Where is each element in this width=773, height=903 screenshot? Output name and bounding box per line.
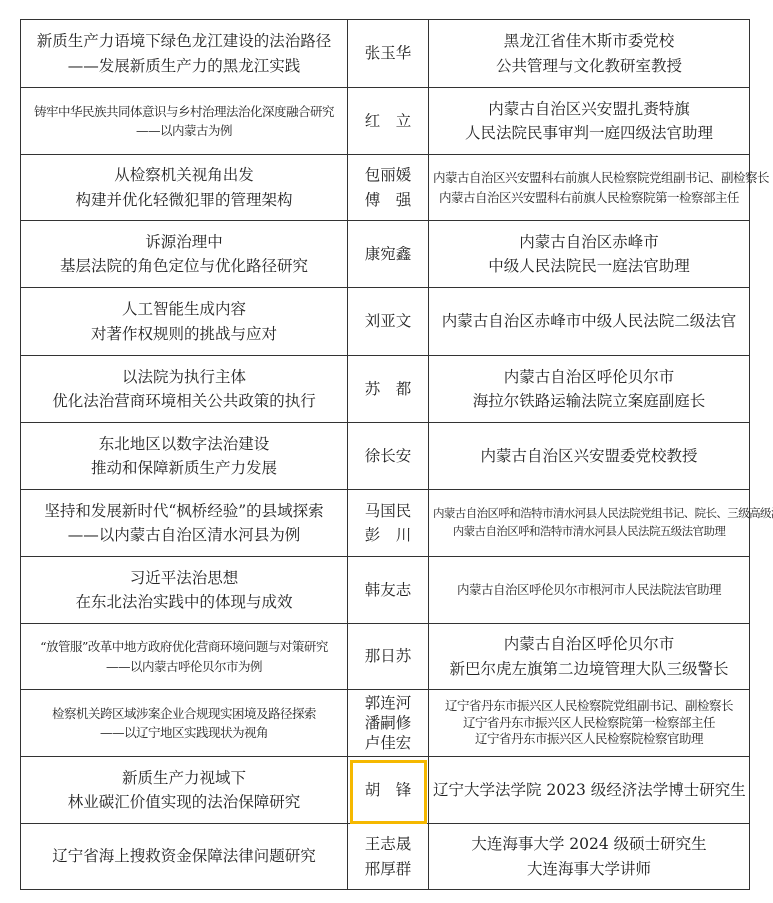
table-row: 新质生产力语境下绿色龙江建设的法治路径——发展新质生产力的黑龙江实践张玉华黑龙江… — [21, 20, 750, 88]
author-cell: 刘亚文 — [348, 288, 429, 356]
paper-title-cell-line: 优化法治营商环境相关公共政策的执行 — [25, 389, 343, 413]
affiliation-cell-line: 内蒙古自治区呼伦贝尔市 — [433, 632, 745, 656]
affiliation-cell: 内蒙古自治区兴安盟扎赉特旗人民法院民事审判一庭四级法官助理 — [429, 88, 750, 155]
affiliation-cell-line: 大连海事大学讲师 — [433, 857, 745, 881]
paper-title-cell: 铸牢中华民族共同体意识与乡村治理法治化深度融合研究——以内蒙古为例 — [21, 88, 348, 155]
table-row: 以法院为执行主体优化法治营商环境相关公共政策的执行苏 都内蒙古自治区呼伦贝尔市海… — [21, 356, 750, 423]
paper-title-cell-line: 铸牢中华民族共同体意识与乡村治理法治化深度融合研究 — [25, 102, 343, 121]
paper-title-cell: 习近平法治思想在东北法治实践中的体现与成效 — [21, 557, 348, 624]
paper-title-cell-line: 新质生产力视域下 — [25, 766, 343, 790]
affiliation-cell-line: 内蒙古自治区呼伦贝尔市根河市人民法院法官助理 — [433, 580, 745, 599]
paper-title-cell: 坚持和发展新时代“枫桥经验”的县域探索——以内蒙古自治区清水河县为例 — [21, 490, 348, 557]
author-cell-line: 傅 强 — [352, 188, 424, 212]
author-cell: 那日苏 — [348, 624, 429, 690]
author-cell: 红 立 — [348, 88, 429, 155]
affiliation-cell-line: 辽宁省丹东市振兴区人民检察院检察官助理 — [433, 731, 745, 748]
paper-title-cell: 从检察机关视角出发构建并优化轻微犯罪的管理架构 — [21, 155, 348, 221]
paper-title-cell-line: ——以辽宁地区实践现状为视角 — [25, 723, 343, 742]
author-cell: 徐长安 — [348, 423, 429, 490]
affiliation-cell-line: 海拉尔铁路运输法院立案庭副庭长 — [433, 389, 745, 413]
affiliation-cell: 辽宁大学法学院 2023 级经济法学博士研究生 — [429, 757, 750, 824]
paper-title-cell: 诉源治理中基层法院的角色定位与优化路径研究 — [21, 221, 348, 288]
paper-title-cell-line: 新质生产力语境下绿色龙江建设的法治路径 — [25, 29, 343, 53]
author-cell-line: 潘嗣修 — [352, 713, 424, 733]
paper-title-cell-line: 构建并优化轻微犯罪的管理架构 — [25, 188, 343, 212]
paper-title-cell-line: 在东北法治实践中的体现与成效 — [25, 590, 343, 614]
author-cell-line: 苏 都 — [352, 377, 424, 401]
affiliation-cell: 内蒙古自治区赤峰市中级人民法院二级法官 — [429, 288, 750, 356]
affiliation-cell-line: 内蒙古自治区兴安盟科右前旗人民检察院第一检察部主任 — [433, 188, 745, 207]
author-cell: 苏 都 — [348, 356, 429, 423]
affiliation-cell: 内蒙古自治区呼伦贝尔市海拉尔铁路运输法院立案庭副庭长 — [429, 356, 750, 423]
author-cell: 康宛鑫 — [348, 221, 429, 288]
paper-title-cell: 检察机关跨区域涉案企业合规现实困境及路径探索——以辽宁地区实践现状为视角 — [21, 690, 348, 757]
table-row: 辽宁省海上搜救资金保障法律问题研究王志晟邢厚群大连海事大学 2024 级硕士研究… — [21, 824, 750, 890]
author-cell-line: 韩友志 — [352, 578, 424, 602]
author-cell-line: 卢佳宏 — [352, 733, 424, 753]
paper-title-cell-line: ——以内蒙古自治区清水河县为例 — [25, 523, 343, 547]
paper-title-cell-line: 人工智能生成内容 — [25, 297, 343, 321]
affiliation-cell-line: 辽宁省丹东市振兴区人民检察院党组副书记、副检察长 — [433, 698, 745, 715]
affiliation-cell-line: 辽宁大学法学院 2023 级经济法学博士研究生 — [433, 778, 745, 802]
paper-title-cell-line: 诉源治理中 — [25, 230, 343, 254]
table-row: 铸牢中华民族共同体意识与乡村治理法治化深度融合研究——以内蒙古为例红 立内蒙古自… — [21, 88, 750, 155]
table-row: 新质生产力视域下林业碳汇价值实现的法治保障研究胡 锋辽宁大学法学院 2023 级… — [21, 757, 750, 824]
author-cell: 马国民彭 川 — [348, 490, 429, 557]
paper-title-cell: 新质生产力语境下绿色龙江建设的法治路径——发展新质生产力的黑龙江实践 — [21, 20, 348, 88]
affiliation-cell: 内蒙古自治区呼伦贝尔市根河市人民法院法官助理 — [429, 557, 750, 624]
author-cell-line: 王志晟 — [352, 832, 424, 856]
affiliation-cell-line: 内蒙古自治区呼伦贝尔市 — [433, 365, 745, 389]
paper-authors-table: 新质生产力语境下绿色龙江建设的法治路径——发展新质生产力的黑龙江实践张玉华黑龙江… — [20, 19, 750, 890]
table-row: 诉源治理中基层法院的角色定位与优化路径研究康宛鑫内蒙古自治区赤峰市中级人民法院民… — [21, 221, 750, 288]
affiliation-cell-line: 中级人民法院民一庭法官助理 — [433, 254, 745, 278]
table-row: 人工智能生成内容对著作权规则的挑战与应对刘亚文内蒙古自治区赤峰市中级人民法院二级… — [21, 288, 750, 356]
author-cell: 韩友志 — [348, 557, 429, 624]
paper-title-cell: 人工智能生成内容对著作权规则的挑战与应对 — [21, 288, 348, 356]
table-row: 坚持和发展新时代“枫桥经验”的县域探索——以内蒙古自治区清水河县为例马国民彭 川… — [21, 490, 750, 557]
affiliation-cell-line: 内蒙古自治区呼和浩特市清水河县人民法院党组书记、院长、三级高级法官 — [433, 505, 745, 523]
author-cell: 胡 锋 — [348, 757, 429, 824]
author-cell-line: 彭 川 — [352, 523, 424, 547]
paper-title-cell: 辽宁省海上搜救资金保障法律问题研究 — [21, 824, 348, 890]
affiliation-cell-line: 内蒙古自治区兴安盟科右前旗人民检察院党组副书记、副检察长 — [433, 168, 745, 187]
affiliation-cell: 内蒙古自治区呼和浩特市清水河县人民法院党组书记、院长、三级高级法官内蒙古自治区呼… — [429, 490, 750, 557]
paper-title-cell-line: 检察机关跨区域涉案企业合规现实困境及路径探索 — [25, 704, 343, 723]
paper-title-cell-line: 对著作权规则的挑战与应对 — [25, 322, 343, 346]
affiliation-cell-line: 内蒙古自治区赤峰市 — [433, 230, 745, 254]
affiliation-cell: 黑龙江省佳木斯市委党校公共管理与文化教研室教授 — [429, 20, 750, 88]
table-row: 从检察机关视角出发构建并优化轻微犯罪的管理架构包丽媛傅 强内蒙古自治区兴安盟科右… — [21, 155, 750, 221]
paper-title-cell-line: ——发展新质生产力的黑龙江实践 — [25, 54, 343, 78]
affiliation-cell-line: 内蒙古自治区兴安盟扎赉特旗 — [433, 97, 745, 121]
author-cell: 张玉华 — [348, 20, 429, 88]
table-row: 检察机关跨区域涉案企业合规现实困境及路径探索——以辽宁地区实践现状为视角郭连河潘… — [21, 690, 750, 757]
affiliation-cell-line: 人民法院民事审判一庭四级法官助理 — [433, 121, 745, 145]
paper-title-cell: “放管服”改革中地方政府优化营商环境问题与对策研究——以内蒙古呼伦贝尔市为例 — [21, 624, 348, 690]
paper-title-cell-line: 林业碳汇价值实现的法治保障研究 — [25, 790, 343, 814]
table-row: 习近平法治思想在东北法治实践中的体现与成效韩友志内蒙古自治区呼伦贝尔市根河市人民… — [21, 557, 750, 624]
author-cell: 包丽媛傅 强 — [348, 155, 429, 221]
affiliation-cell-line: 内蒙古自治区兴安盟委党校教授 — [433, 444, 745, 468]
author-cell-line: 邢厚群 — [352, 857, 424, 881]
affiliation-cell: 大连海事大学 2024 级硕士研究生大连海事大学讲师 — [429, 824, 750, 890]
author-cell-line: 那日苏 — [352, 644, 424, 668]
paper-title-cell: 新质生产力视域下林业碳汇价值实现的法治保障研究 — [21, 757, 348, 824]
affiliation-cell: 内蒙古自治区兴安盟科右前旗人民检察院党组副书记、副检察长内蒙古自治区兴安盟科右前… — [429, 155, 750, 221]
paper-title-cell-line: 以法院为执行主体 — [25, 365, 343, 389]
table-row: 东北地区以数字法治建设推动和保障新质生产力发展徐长安内蒙古自治区兴安盟委党校教授 — [21, 423, 750, 490]
affiliation-cell-line: 新巴尔虎左旗第二边境管理大队三级警长 — [433, 657, 745, 681]
paper-title-cell-line: 基层法院的角色定位与优化路径研究 — [25, 254, 343, 278]
affiliation-cell-line: 内蒙古自治区赤峰市中级人民法院二级法官 — [433, 309, 745, 333]
affiliation-cell: 内蒙古自治区兴安盟委党校教授 — [429, 423, 750, 490]
author-cell-line: 郭连河 — [352, 693, 424, 713]
paper-title-cell-line: ——以内蒙古呼伦贝尔市为例 — [25, 657, 343, 676]
paper-title-cell-line: ——以内蒙古为例 — [25, 121, 343, 140]
paper-title-cell-line: 习近平法治思想 — [25, 566, 343, 590]
paper-title-cell-line: 推动和保障新质生产力发展 — [25, 456, 343, 480]
author-cell-line: 胡 锋 — [352, 778, 424, 802]
table-row: “放管服”改革中地方政府优化营商环境问题与对策研究——以内蒙古呼伦贝尔市为例那日… — [21, 624, 750, 690]
paper-title-cell-line: 坚持和发展新时代“枫桥经验”的县域探索 — [25, 499, 343, 523]
author-cell-line: 张玉华 — [352, 41, 424, 65]
affiliation-cell-line: 内蒙古自治区呼和浩特市清水河县人民法院五级法官助理 — [433, 523, 745, 541]
affiliation-cell: 内蒙古自治区呼伦贝尔市新巴尔虎左旗第二边境管理大队三级警长 — [429, 624, 750, 690]
author-cell-line: 红 立 — [352, 109, 424, 133]
author-cell-line: 包丽媛 — [352, 163, 424, 187]
paper-title-cell-line: 从检察机关视角出发 — [25, 163, 343, 187]
author-cell: 郭连河潘嗣修卢佳宏 — [348, 690, 429, 757]
affiliation-cell: 辽宁省丹东市振兴区人民检察院党组副书记、副检察长辽宁省丹东市振兴区人民检察院第一… — [429, 690, 750, 757]
author-cell-line: 马国民 — [352, 499, 424, 523]
affiliation-cell: 内蒙古自治区赤峰市中级人民法院民一庭法官助理 — [429, 221, 750, 288]
paper-title-cell-line: 东北地区以数字法治建设 — [25, 432, 343, 456]
author-cell-line: 康宛鑫 — [352, 242, 424, 266]
paper-title-cell-line: “放管服”改革中地方政府优化营商环境问题与对策研究 — [25, 637, 343, 656]
author-cell-line: 徐长安 — [352, 444, 424, 468]
paper-title-cell: 东北地区以数字法治建设推动和保障新质生产力发展 — [21, 423, 348, 490]
affiliation-cell-line: 辽宁省丹东市振兴区人民检察院第一检察部主任 — [433, 715, 745, 732]
author-cell-line: 刘亚文 — [352, 309, 424, 333]
paper-title-cell-line: 辽宁省海上搜救资金保障法律问题研究 — [25, 844, 343, 868]
paper-title-cell: 以法院为执行主体优化法治营商环境相关公共政策的执行 — [21, 356, 348, 423]
affiliation-cell-line: 大连海事大学 2024 级硕士研究生 — [433, 832, 745, 856]
affiliation-cell-line: 公共管理与文化教研室教授 — [433, 54, 745, 78]
affiliation-cell-line: 黑龙江省佳木斯市委党校 — [433, 29, 745, 53]
author-cell: 王志晟邢厚群 — [348, 824, 429, 890]
table-body: 新质生产力语境下绿色龙江建设的法治路径——发展新质生产力的黑龙江实践张玉华黑龙江… — [21, 20, 750, 890]
